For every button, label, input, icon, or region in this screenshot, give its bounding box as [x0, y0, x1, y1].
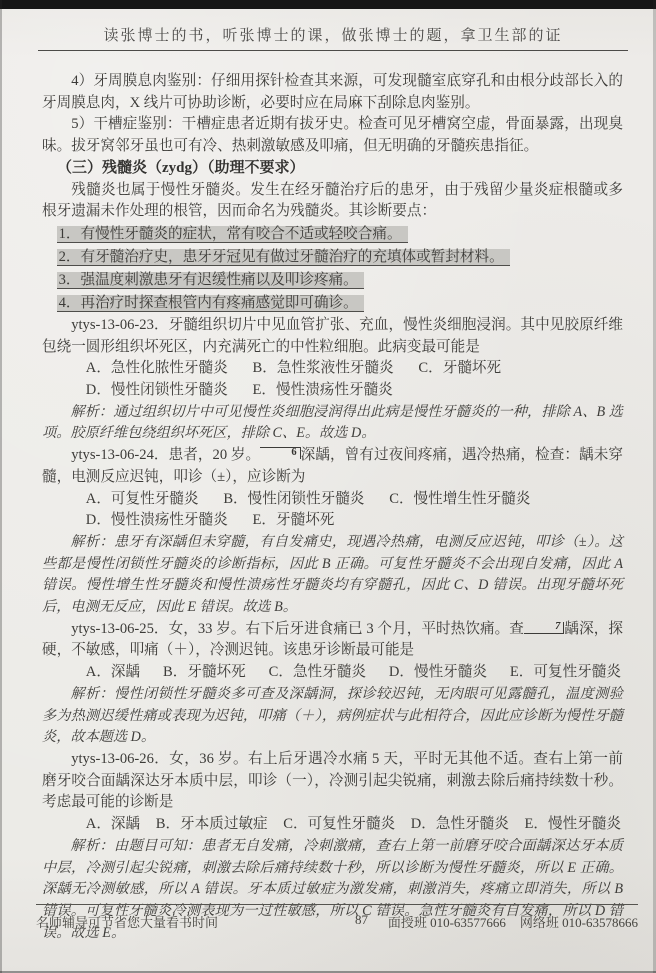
option-c: C．慢性增生性牙髓炎	[389, 489, 530, 511]
key-point-3-text: 3．强温度刺激患牙有迟缓性痛以及叩诊疼痛。	[57, 272, 364, 289]
question-23-analysis: 解析：通过组织切片中可见慢性炎细胞浸润得出此病是慢性牙髓炎的一种，排除 A、B …	[42, 402, 623, 445]
question-25-options-row: A．深龋 B．牙髓坏死 C．急性牙髓炎 D．慢性牙髓炎 E．可复性牙髓炎	[86, 662, 621, 684]
question-26-stem: ytys-13-06-26．女，36 岁。右上后牙遇冷水痛 5 天，平时无其他不…	[42, 749, 623, 814]
key-point-3: 3．强温度刺激患牙有迟缓性痛以及叩诊疼痛。	[42, 269, 623, 292]
question-23-options-row-2: D．慢性闭锁性牙髓炎 E．慢性溃疡性牙髓炎	[86, 380, 623, 402]
option-b: B．牙本质过敏症	[156, 814, 268, 836]
option-b: B．牙髓坏死	[163, 662, 246, 684]
paragraph-periodontal-polyp: 4）牙周膜息肉鉴别：仔细用探针检查其来源，可发现髓室底穿孔和由根分歧部长入的牙周…	[42, 71, 623, 114]
option-b: B．慢性闭锁性牙髓炎	[223, 489, 364, 511]
key-point-2: 2．有牙髓治疗史，患牙牙冠见有做过牙髓治疗的充填体或暂封材料。	[42, 246, 623, 269]
footer-phone-net-class: 网络班 010-63578666	[520, 915, 638, 930]
footer-left-text: 名师辅导可节省您大量看书时间	[36, 912, 218, 931]
question-24-stem: ytys-13-06-24．患者，20 岁。6深龋，曾有过夜间疼痛，遇冷热痛，检…	[42, 445, 623, 488]
option-a: A．可复性牙髓炎	[86, 489, 199, 511]
header-slogan: 读张博士的书，听张博士的课，做张博士的题，拿卫生部的证	[38, 24, 628, 45]
question-23-options-row-1: A．急性化脓性牙髓炎 B．急性浆液性牙髓炎 C．牙髓坏死	[86, 358, 623, 380]
option-e: E．牙髓坏死	[253, 510, 335, 532]
footer-contacts: 面授班 010-63577666网络班 010-63578666	[374, 912, 638, 931]
paragraph-intro: 残髓炎也属于慢性牙髓炎。发生在经牙髓治疗后的患牙，由于残留少量炎症根髓或多根牙遗…	[42, 180, 623, 223]
paragraph-dry-socket: 5）干槽症鉴别：干槽症患者近期有拔牙史。检查可见牙槽窝空虚，骨面暴露，出现臭味。…	[42, 114, 623, 157]
scanned-page: 读张博士的书，听张博士的课，做张博士的题，拿卫生部的证 4）牙周膜息肉鉴别：仔细…	[0, 0, 656, 973]
footer-page-number: 87	[355, 912, 368, 928]
option-d: D．慢性闭锁性牙髓炎	[86, 380, 228, 402]
option-e: E．慢性溃疡性牙髓炎	[253, 380, 393, 402]
scan-edge-left	[0, 0, 2, 973]
option-e: E．慢性牙髓炎	[524, 814, 620, 836]
option-e: E．可复性牙髓炎	[510, 662, 621, 684]
key-point-2-text: 2．有牙髓治疗史，患牙牙冠见有做过牙髓治疗的充填体或暂封材料。	[57, 249, 510, 266]
footer-row: 名师辅导可节省您大量看书时间 87 面授班 010-63577666网络班 01…	[36, 912, 638, 931]
key-point-4: 4．再治疗时探查根管内有疼痛感觉即可确诊。	[42, 292, 623, 315]
question-26-options-row: A．深龋 B．牙本质过敏症 C．可复性牙髓炎 D．急性牙髓炎 E．慢性牙髓炎	[86, 814, 621, 836]
option-a: A．深龋	[86, 814, 140, 836]
question-24-options-row-1: A．可复性牙髓炎 B．慢性闭锁性牙髓炎 C．慢性增生性牙髓炎	[86, 489, 623, 511]
page-content: 4）牙周膜息肉鉴别：仔细用探针检查其来源，可发现髓室底穿孔和由根分歧部长入的牙周…	[42, 71, 623, 944]
page-header: 读张博士的书，听张博士的课，做张博士的题，拿卫生部的证	[38, 24, 628, 51]
question-24-stem-text-a: ytys-13-06-24．患者，20 岁。	[71, 447, 260, 463]
option-c: C．牙髓坏死	[418, 358, 501, 380]
key-point-1-text: 1．有慢性牙髓炎的症状，常有咬合不适或轻咬合痛。	[57, 226, 408, 243]
option-d: D．慢性牙髓炎	[389, 662, 487, 684]
option-c: C．可复性牙髓炎	[283, 814, 395, 836]
option-d: D．急性牙髓炎	[411, 814, 509, 836]
tooth-notation-6: 6	[260, 447, 300, 459]
footer-rule	[36, 904, 638, 905]
option-b: B．急性浆液性牙髓炎	[253, 358, 394, 380]
page-footer: 名师辅导可节省您大量看书时间 87 面授班 010-63577666网络班 01…	[36, 904, 638, 931]
key-point-1: 1．有慢性牙髓炎的症状，常有咬合不适或轻咬合痛。	[42, 223, 623, 246]
tooth-notation-7: 7	[524, 622, 564, 634]
option-d: D．慢性溃疡性牙髓炎	[86, 510, 228, 532]
option-a: A．深龋	[86, 662, 140, 684]
question-24-options-row-2: D．慢性溃疡性牙髓炎 E．牙髓坏死	[86, 510, 623, 532]
option-a: A．急性化脓性牙髓炎	[86, 358, 228, 380]
section-heading: （三）残髓炎（zydg）（助理不要求）	[42, 158, 623, 180]
question-23-stem: ytys-13-06-23．牙髓组织切片中见血管扩张、充血，慢性炎细胞浸润。其中…	[42, 315, 623, 358]
key-point-4-text: 4．再治疗时探查根管内有疼痛感觉即可确诊。	[57, 295, 364, 312]
question-25-stem-text-a: ytys-13-06-25．女，33 岁。右下后牙进食痛已 3 个月，平时热饮痛…	[71, 621, 524, 637]
question-24-analysis: 解析：患牙有深龋但未穿髓，有自发痛史，现遇冷热痛，电测反应迟钝，叩诊（±）。这些…	[42, 532, 623, 619]
scan-edge-top	[0, 0, 656, 9]
header-rule	[38, 50, 628, 51]
option-c: C．急性牙髓炎	[269, 662, 366, 684]
question-25-stem: ytys-13-06-25．女，33 岁。右下后牙进食痛已 3 个月，平时热饮痛…	[42, 619, 623, 662]
footer-phone-face-class: 面授班 010-63577666	[388, 915, 506, 930]
question-25-analysis: 解析：慢性闭锁性牙髓炎多可查及深龋洞，探诊较迟钝，无肉眼可见露髓孔，温度测验多为…	[42, 684, 623, 749]
